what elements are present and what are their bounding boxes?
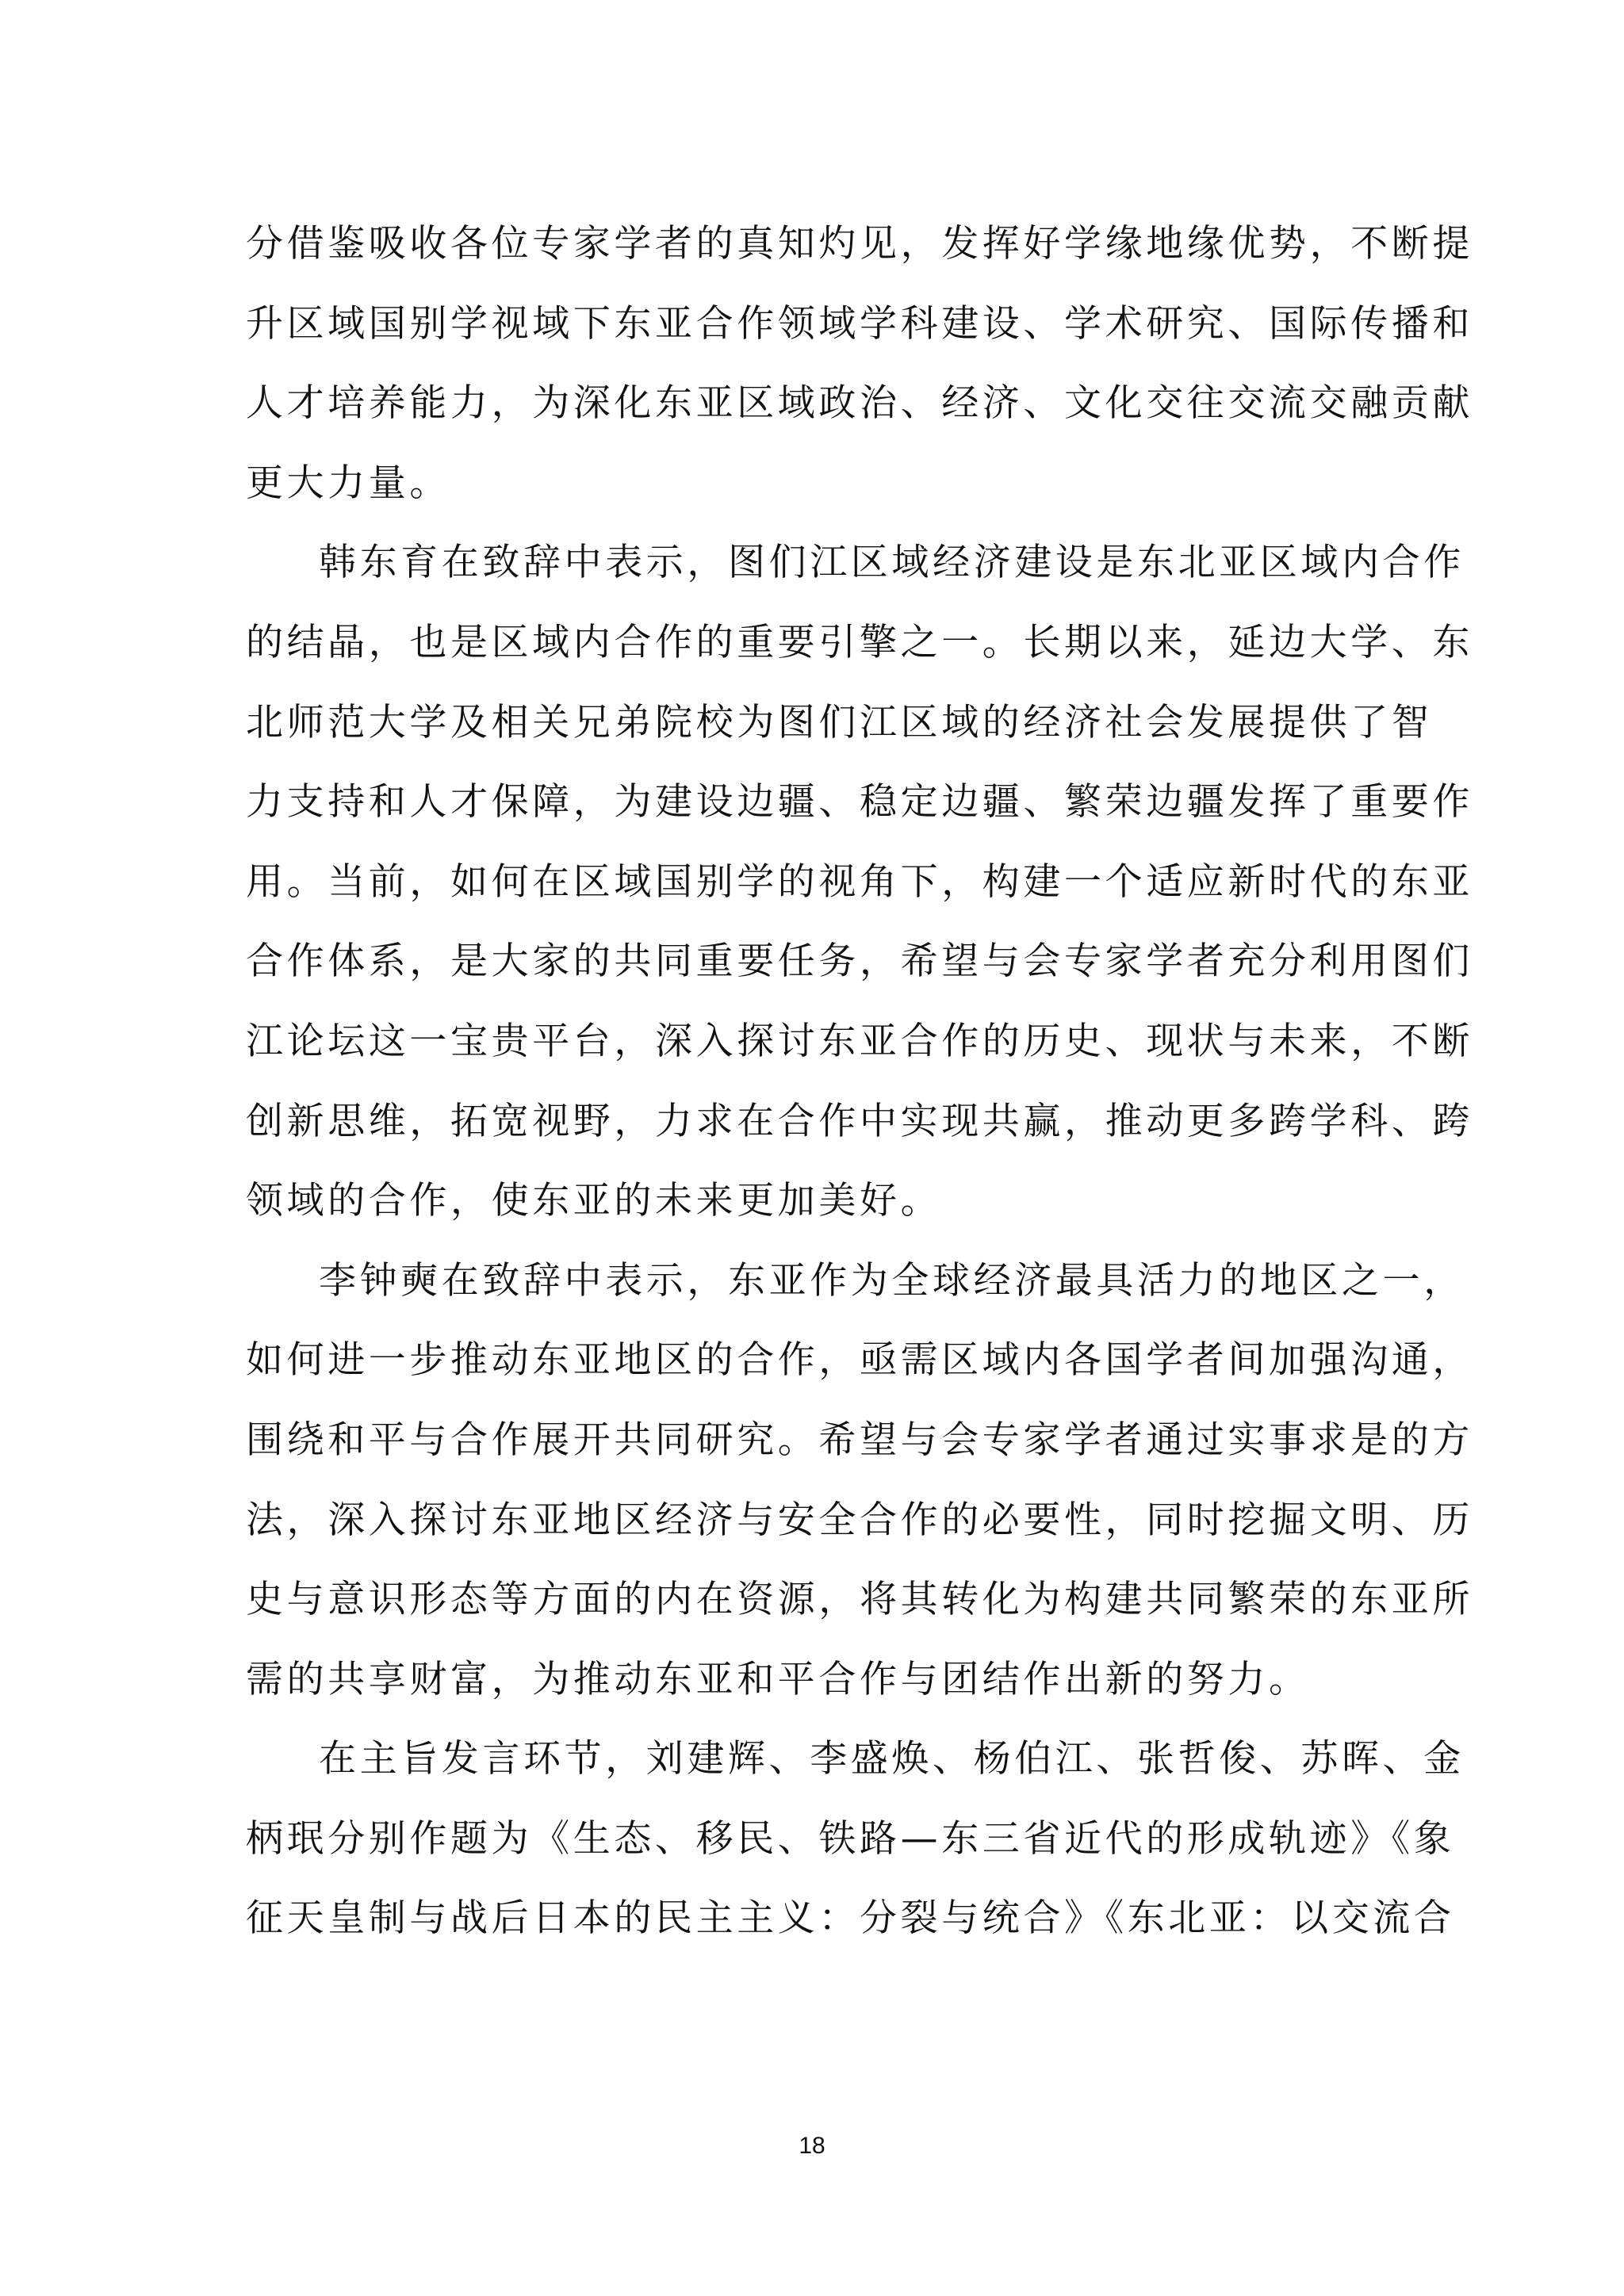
- page-number: 18: [0, 2133, 1624, 2160]
- text-line: 李钟奭在致辞中表示，东亚作为全球经济最具活力的地区之一，: [246, 1242, 1385, 1322]
- text-line: 围绕和平与合作展开共同研究。希望与会专家学者通过实事求是的方: [246, 1401, 1385, 1481]
- text-line: 的结晶，也是区域内合作的重要引擎之一。长期以来，延边大学、东: [246, 603, 1385, 683]
- text-line: 韩东育在致辞中表示，图们江区域经济建设是东北亚区域内合作: [246, 523, 1385, 603]
- paragraph: 韩东育在致辞中表示，图们江区域经济建设是东北亚区域内合作 的结晶，也是区域内合作…: [246, 523, 1385, 1241]
- text-line: 合作体系，是大家的共同重要任务，希望与会专家学者充分利用图们: [246, 922, 1385, 1002]
- text-line: 用。当前，如何在区域国别学的视角下，构建一个适应新时代的东亚: [246, 843, 1385, 923]
- text-line: 征天皇制与战后日本的民主主义：分裂与统合》《东北亚：以交流合: [246, 1879, 1385, 1959]
- body-text: 分借鉴吸收各位专家学者的真知灼见，发挥好学缘地缘优势，不断提 升区域国别学视域下…: [246, 205, 1385, 1959]
- text-line: 在主旨发言环节，刘建辉、李盛焕、杨伯江、张哲俊、苏晖、金: [246, 1720, 1385, 1800]
- paragraph: 分借鉴吸收各位专家学者的真知灼见，发挥好学缘地缘优势，不断提 升区域国别学视域下…: [246, 205, 1385, 523]
- text-line: 北师范大学及相关兄弟院校为图们江区域的经济社会发展提供了智: [246, 683, 1385, 763]
- text-line: 更大力量。: [246, 444, 1385, 524]
- text-line: 分借鉴吸收各位专家学者的真知灼见，发挥好学缘地缘优势，不断提: [246, 205, 1385, 285]
- text-line: 领域的合作，使东亚的未来更加美好。: [246, 1161, 1385, 1242]
- paragraph: 在主旨发言环节，刘建辉、李盛焕、杨伯江、张哲俊、苏晖、金 柄珉分别作题为《生态、…: [246, 1720, 1385, 1959]
- text-line: 如何进一步推动东亚地区的合作，亟需区域内各国学者间加强沟通，: [246, 1321, 1385, 1401]
- document-page: 分借鉴吸收各位专家学者的真知灼见，发挥好学缘地缘优势，不断提 升区域国别学视域下…: [0, 0, 1624, 2296]
- text-line: 史与意识形态等方面的内在资源，将其转化为构建共同繁荣的东亚所: [246, 1560, 1385, 1640]
- text-line: 需的共享财富，为推动东亚和平合作与团结作出新的努力。: [246, 1640, 1385, 1720]
- text-line: 人才培养能力，为深化东亚区域政治、经济、文化交往交流交融贡献: [246, 364, 1385, 444]
- text-line: 力支持和人才保障，为建设边疆、稳定边疆、繁荣边疆发挥了重要作: [246, 763, 1385, 843]
- paragraph: 李钟奭在致辞中表示，东亚作为全球经济最具活力的地区之一， 如何进一步推动东亚地区…: [246, 1242, 1385, 1720]
- text-line: 升区域国别学视域下东亚合作领域学科建设、学术研究、国际传播和: [246, 285, 1385, 365]
- text-line: 法，深入探讨东亚地区经济与安全合作的必要性，同时挖掘文明、历: [246, 1481, 1385, 1561]
- text-line: 创新思维，拓宽视野，力求在合作中实现共赢，推动更多跨学科、跨: [246, 1082, 1385, 1162]
- text-line: 柄珉分别作题为《生态、移民、铁路—东三省近代的形成轨迹》《象: [246, 1800, 1385, 1880]
- text-line: 江论坛这一宝贵平台，深入探讨东亚合作的历史、现状与未来，不断: [246, 1002, 1385, 1082]
